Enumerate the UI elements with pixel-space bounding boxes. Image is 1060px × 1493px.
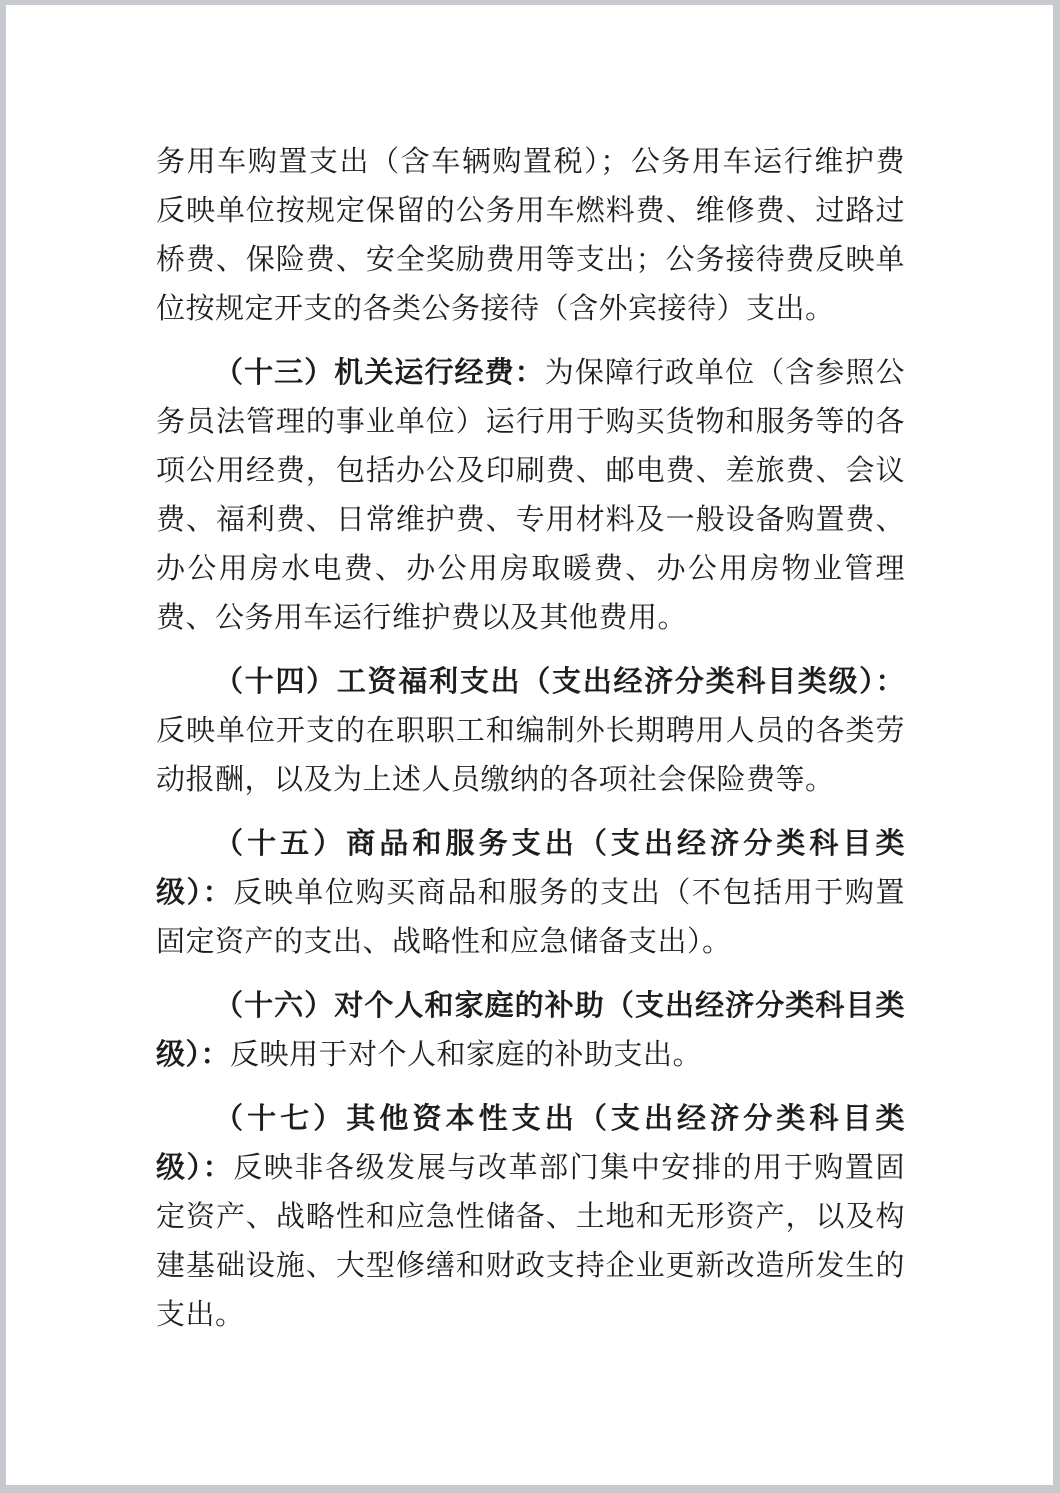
paragraph-text: 反映用于对个人和家庭的补助支出。	[230, 1039, 702, 1071]
paragraph-text: 反映非各级发展与改革部门集中安排的用于购置固定资产、战略性和应急性储备、土地和无…	[156, 1152, 905, 1331]
paragraph: （十五）商品和服务支出（支出经济分类科目类级）：反映单位购买商品和服务的支出（不…	[156, 820, 905, 967]
document-page: 务用车购置支出（含车辆购置税）；公务用车运行维护费反映单位按规定保留的公务用车燃…	[6, 5, 1053, 1485]
paragraph: （十六）对个人和家庭的补助（支出经济分类科目类级）：反映用于对个人和家庭的补助支…	[156, 982, 905, 1080]
paragraph: （十七）其他资本性支出（支出经济分类科目类级）：反映非各级发展与改革部门集中安排…	[156, 1095, 905, 1340]
document-viewport: 务用车购置支出（含车辆购置税）；公务用车运行维护费反映单位按规定保留的公务用车燃…	[0, 0, 1060, 1493]
paragraph-text: 务用车购置支出（含车辆购置税）；公务用车运行维护费反映单位按规定保留的公务用车燃…	[156, 146, 905, 325]
paragraph-text: 为保障行政单位（含参照公务员法管理的事业单位）运行用于购买货物和服务等的各项公用…	[156, 357, 905, 634]
paragraph-lead: （十四）工资福利支出（支出经济分类科目类级）：	[214, 666, 905, 698]
paragraph-text: 反映单位开支的在职职工和编制外长期聘用人员的各类劳动报酬，以及为上述人员缴纳的各…	[156, 715, 905, 796]
paragraph: 务用车购置支出（含车辆购置税）；公务用车运行维护费反映单位按规定保留的公务用车燃…	[156, 138, 905, 334]
paragraph: （十四）工资福利支出（支出经济分类科目类级）：反映单位开支的在职职工和编制外长期…	[156, 658, 905, 805]
paragraph: （十三）机关运行经费：为保障行政单位（含参照公务员法管理的事业单位）运行用于购买…	[156, 349, 905, 643]
paragraph-text: 反映单位购买商品和服务的支出（不包括用于购置固定资产的支出、战略性和应急储备支出…	[156, 877, 905, 958]
paragraph-lead: （十三）机关运行经费：	[214, 357, 545, 389]
